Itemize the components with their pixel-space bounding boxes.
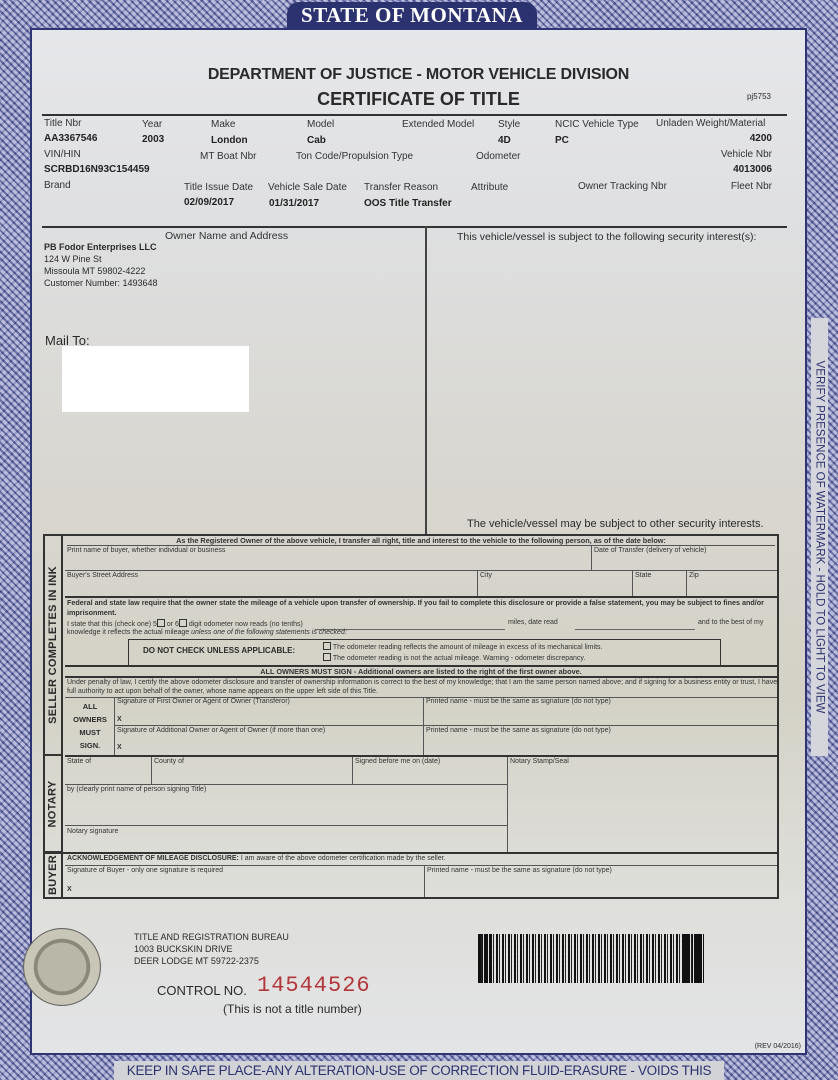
style-label: Style bbox=[498, 119, 520, 130]
knowledge-statement: knowledge it reflects the actual mileage… bbox=[67, 629, 347, 636]
seller-side-label: SELLER COMPLETES IN INK bbox=[45, 536, 63, 756]
signed-before-field[interactable]: Signed before me on (date) bbox=[355, 758, 445, 765]
owner-heading: Owner Name and Address bbox=[165, 230, 288, 242]
signature-x: X bbox=[117, 716, 122, 723]
vin-value: SCRBD16N93C154459 bbox=[44, 164, 150, 175]
owner-street: 124 W Pine St bbox=[44, 253, 158, 265]
customer-number: Customer Number: 1493648 bbox=[44, 277, 158, 289]
transfer-reason-value: OOS Title Transfer bbox=[364, 198, 452, 209]
brand-label: Brand bbox=[44, 180, 71, 191]
state-seal-icon bbox=[23, 928, 101, 1006]
signature-x: X bbox=[117, 744, 122, 751]
weight-value: 4200 bbox=[750, 133, 772, 144]
ncic-label: NCIC Vehicle Type bbox=[555, 119, 639, 130]
transfer-date-field[interactable]: Date of Transfer (delivery of vehicle) bbox=[594, 547, 706, 554]
buyer-side-label: BUYER bbox=[45, 853, 63, 897]
make-value: London bbox=[211, 135, 248, 146]
option-excess-mileage: The odometer reading reflects the amount… bbox=[323, 642, 602, 651]
alteration-warning: KEEP IN SAFE PLACE-ANY ALTERATION-USE OF… bbox=[114, 1061, 724, 1080]
control-number-label: CONTROL NO. bbox=[157, 983, 247, 998]
attribute-label: Attribute bbox=[471, 182, 508, 193]
penalty-statement: Under penalty of law, I certify the abov… bbox=[67, 678, 779, 696]
security-interest-footer: The vehicle/vessel may be subject to oth… bbox=[467, 518, 764, 530]
vehicle-nbr-value: 4013006 bbox=[733, 164, 772, 175]
owner-block: PB Fodor Enterprises LLC 124 W Pine St M… bbox=[44, 241, 158, 289]
odometer-statement: I state that this (check one) 5 or 6 dig… bbox=[67, 619, 303, 628]
transfer-reason-label: Transfer Reason bbox=[364, 182, 438, 193]
certificate-paper: DEPARTMENT OF JUSTICE - MOTOR VEHICLE DI… bbox=[30, 28, 807, 1055]
ncic-value: PC bbox=[555, 135, 569, 146]
control-number: 14544526 bbox=[257, 973, 371, 998]
first-printed-name-field[interactable]: Printed name - must be the same as signa… bbox=[426, 698, 611, 705]
notary-state-field[interactable]: State of bbox=[67, 758, 91, 765]
divider bbox=[42, 226, 787, 228]
revision-label: (REV 04/2016) bbox=[755, 1043, 801, 1050]
notary-signature-field[interactable]: Notary signature bbox=[67, 828, 118, 835]
six-digit-checkbox[interactable] bbox=[179, 619, 187, 627]
exceptions-box: DO NOT CHECK UNLESS APPLICABLE: The odom… bbox=[128, 639, 721, 665]
five-digit-checkbox[interactable] bbox=[157, 619, 165, 627]
divider bbox=[42, 114, 787, 116]
document-title: CERTIFICATE OF TITLE bbox=[32, 89, 805, 110]
vin-label: VIN/HIN bbox=[44, 149, 81, 160]
pdf417-barcode bbox=[478, 934, 704, 983]
buyer-printed-name-field[interactable]: Printed name - must be the same as signa… bbox=[427, 867, 612, 874]
transfer-heading: As the Registered Owner of the above veh… bbox=[67, 536, 775, 546]
buyer-name-field[interactable]: Print name of buyer, whether individual … bbox=[67, 547, 225, 554]
owner-tracking-label: Owner Tracking Nbr bbox=[578, 181, 667, 192]
buyer-signature-field[interactable]: Signature of Buyer - only one signature … bbox=[67, 867, 223, 874]
control-number-note: (This is not a title number) bbox=[223, 1002, 362, 1016]
owner-city: Missoula MT 59802-4222 bbox=[44, 265, 158, 277]
buyer-city-field[interactable]: City bbox=[480, 572, 492, 579]
excess-mileage-checkbox[interactable] bbox=[323, 642, 331, 650]
notary-county-field[interactable]: County of bbox=[154, 758, 184, 765]
title-nbr-label: Title Nbr bbox=[44, 118, 81, 129]
issue-date-value: 02/09/2017 bbox=[184, 197, 234, 208]
year-value: 2003 bbox=[142, 134, 164, 145]
sale-date-label: Vehicle Sale Date bbox=[268, 182, 347, 193]
option-not-actual: The odometer reading is not the actual m… bbox=[323, 653, 585, 662]
notary-by-field[interactable]: by (clearly print name of person signing… bbox=[67, 786, 206, 793]
notary-side-label: NOTARY bbox=[45, 756, 63, 853]
additional-printed-name-field[interactable]: Printed name - must be the same as signa… bbox=[426, 727, 611, 734]
bureau-address: TITLE AND REGISTRATION BUREAU 1003 BUCKS… bbox=[134, 931, 289, 967]
federal-law-notice: Federal and state law require that the o… bbox=[67, 598, 779, 618]
watermark-notice: VERIFY PRESENCE OF WATERMARK - HOLD TO L… bbox=[811, 318, 828, 756]
year-label: Year bbox=[142, 119, 162, 130]
boat-nbr-label: MT Boat Nbr bbox=[200, 151, 257, 162]
mileage-acknowledgement: ACKNOWLEDGEMENT OF MILEAGE DISCLOSURE: I… bbox=[67, 855, 446, 862]
miles-date-label: miles, date read bbox=[508, 619, 558, 626]
best-of-label: and to the best of my bbox=[698, 619, 763, 626]
must-sign-label: ALLOWNERSMUSTSIGN. bbox=[67, 700, 113, 752]
form-code: pj5753 bbox=[747, 92, 771, 101]
vehicle-nbr-label: Vehicle Nbr bbox=[721, 149, 772, 160]
buyer-street-field[interactable]: Buyer's Street Address bbox=[67, 572, 138, 579]
ton-code-label: Ton Code/Propulsion Type bbox=[296, 151, 413, 162]
sale-date-value: 01/31/2017 bbox=[269, 198, 319, 209]
date-read-input-line[interactable] bbox=[575, 629, 695, 630]
additional-owner-signature-field[interactable]: Signature of Additional Owner or Agent o… bbox=[117, 727, 325, 734]
notary-stamp-field[interactable]: Notary Stamp/Seal bbox=[510, 758, 569, 765]
not-actual-checkbox[interactable] bbox=[323, 653, 331, 661]
buyer-state-field[interactable]: State bbox=[635, 572, 651, 579]
model-label: Model bbox=[307, 119, 334, 130]
style-value: 4D bbox=[498, 135, 511, 146]
redacted-address bbox=[62, 346, 249, 412]
agency-heading: DEPARTMENT OF JUSTICE - MOTOR VEHICLE DI… bbox=[32, 66, 805, 84]
transfer-form: SELLER COMPLETES IN INK NOTARY BUYER As … bbox=[43, 534, 779, 899]
weight-label: Unladen Weight/Material bbox=[656, 118, 765, 129]
owner-name: PB Fodor Enterprises LLC bbox=[44, 241, 158, 253]
odometer-label: Odometer bbox=[476, 151, 520, 162]
signature-x: X bbox=[67, 886, 72, 893]
title-nbr-value: AA3367546 bbox=[44, 133, 97, 144]
issue-date-label: Title Issue Date bbox=[184, 182, 253, 193]
model-value: Cab bbox=[307, 135, 326, 146]
fleet-nbr-label: Fleet Nbr bbox=[731, 181, 772, 192]
state-banner: STATE OF MONTANA bbox=[287, 2, 537, 28]
first-owner-signature-field[interactable]: Signature of First Owner or Agent of Own… bbox=[117, 698, 290, 705]
security-interest-heading: This vehicle/vessel is subject to the fo… bbox=[457, 231, 756, 243]
all-owners-heading: ALL OWNERS MUST SIGN - Additional owners… bbox=[67, 667, 775, 676]
do-not-check-label: DO NOT CHECK UNLESS APPLICABLE: bbox=[143, 646, 295, 655]
extended-model-label: Extended Model bbox=[402, 119, 474, 130]
make-label: Make bbox=[211, 119, 235, 130]
column-divider bbox=[425, 226, 427, 534]
buyer-zip-field[interactable]: Zip bbox=[689, 572, 699, 579]
